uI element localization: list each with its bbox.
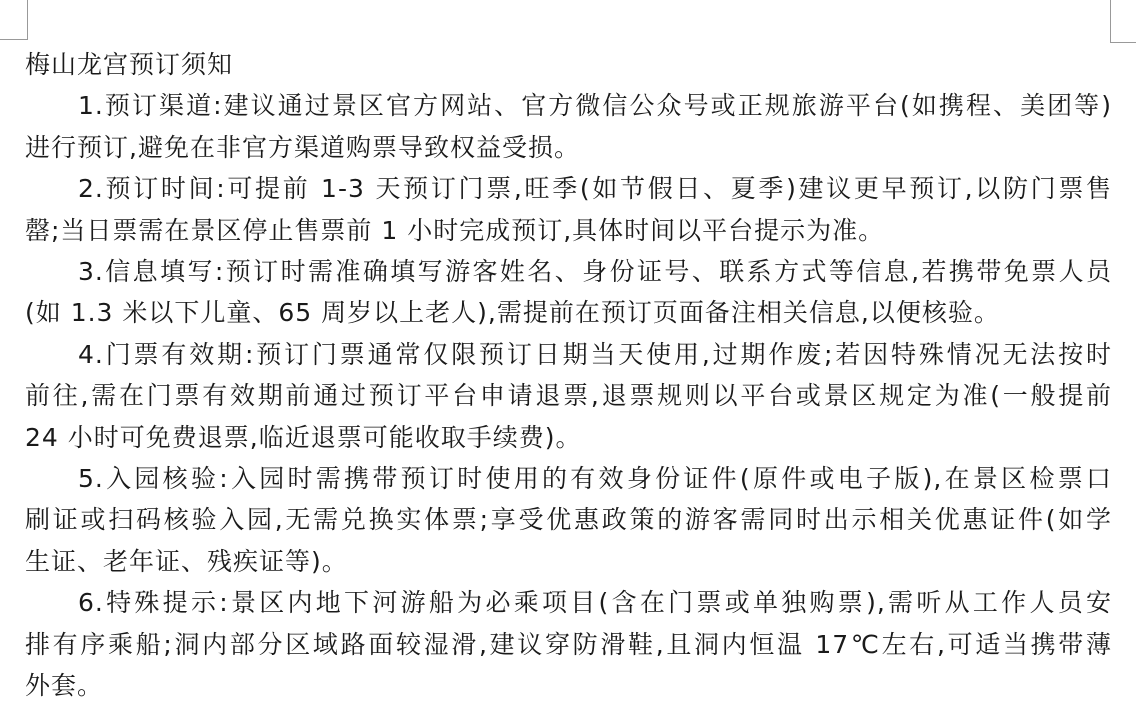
text-line: 6.特殊提示:景区内地下河游船为必乘项目(含在门票或单独购票),需听从工作人员安 [25,582,1112,623]
text-line: 4.门票有效期:预订门票通常仅限预订日期当天使用,过期作废;若因特殊情况无法按时 [25,334,1112,375]
text-line: 1.预订渠道:建议通过景区官方网站、官方微信公众号或正规旅游平台(如携程、美团等… [25,85,1112,126]
text-line: 3.信息填写:预订时需准确填写游客姓名、身份证号、联系方式等信息,若携带免票人员 [25,251,1112,292]
text-line: 进行预订,避免在非官方渠道购票导致权益受损。 [25,127,1112,168]
crop-mark-top-right-horizontal [1110,42,1136,43]
document-title: 梅山龙宫预订须知 [25,44,1112,85]
text-line: 排有序乘船;洞内部分区域路面较湿滑,建议穿防滑鞋,且洞内恒温 17℃左右,可适当… [25,624,1112,665]
crop-mark-top-left-vertical [27,0,28,39]
text-line: 24 小时可免费退票,临近退票可能收取手续费)。 [25,417,1112,458]
crop-mark-top-left-horizontal [0,39,28,40]
document-content: 梅山龙宫预订须知 1.预订渠道:建议通过景区官方网站、官方微信公众号或正规旅游平… [25,44,1112,707]
text-line: 外套。 [25,665,1112,706]
document-page: 梅山龙宫预订须知 1.预订渠道:建议通过景区官方网站、官方微信公众号或正规旅游平… [0,0,1136,720]
paragraph-info-filling: 3.信息填写:预订时需准确填写游客姓名、身份证号、联系方式等信息,若携带免票人员… [25,251,1112,334]
text-line: 罄;当日票需在景区停止售票前 1 小时完成预订,具体时间以平台提示为准。 [25,210,1112,251]
text-line: 生证、老年证、残疾证等)。 [25,541,1112,582]
text-line: 5.入园核验:入园时需携带预订时使用的有效身份证件(原件或电子版),在景区检票口 [25,458,1112,499]
text-line: 前往,需在门票有效期前通过预订平台申请退票,退票规则以平台或景区规定为准(一般提… [25,375,1112,416]
text-line: 2.预订时间:可提前 1-3 天预订门票,旺季(如节假日、夏季)建议更早预订,以… [25,168,1112,209]
paragraph-entry-verification: 5.入园核验:入园时需携带预订时使用的有效身份证件(原件或电子版),在景区检票口… [25,458,1112,582]
paragraph-booking-channel: 1.预订渠道:建议通过景区官方网站、官方微信公众号或正规旅游平台(如携程、美团等… [25,85,1112,168]
text-line: (如 1.3 米以下儿童、65 周岁以上老人),需提前在预订页面备注相关信息,以… [25,292,1112,333]
paragraph-special-notes: 6.特殊提示:景区内地下河游船为必乘项目(含在门票或单独购票),需听从工作人员安… [25,582,1112,706]
text-line: 刷证或扫码核验入园,无需兑换实体票;享受优惠政策的游客需同时出示相关优惠证件(如… [25,499,1112,540]
paragraph-ticket-validity: 4.门票有效期:预订门票通常仅限预订日期当天使用,过期作废;若因特殊情况无法按时… [25,334,1112,458]
crop-mark-top-right-vertical [1110,0,1111,42]
paragraph-booking-time: 2.预订时间:可提前 1-3 天预订门票,旺季(如节假日、夏季)建议更早预订,以… [25,168,1112,251]
